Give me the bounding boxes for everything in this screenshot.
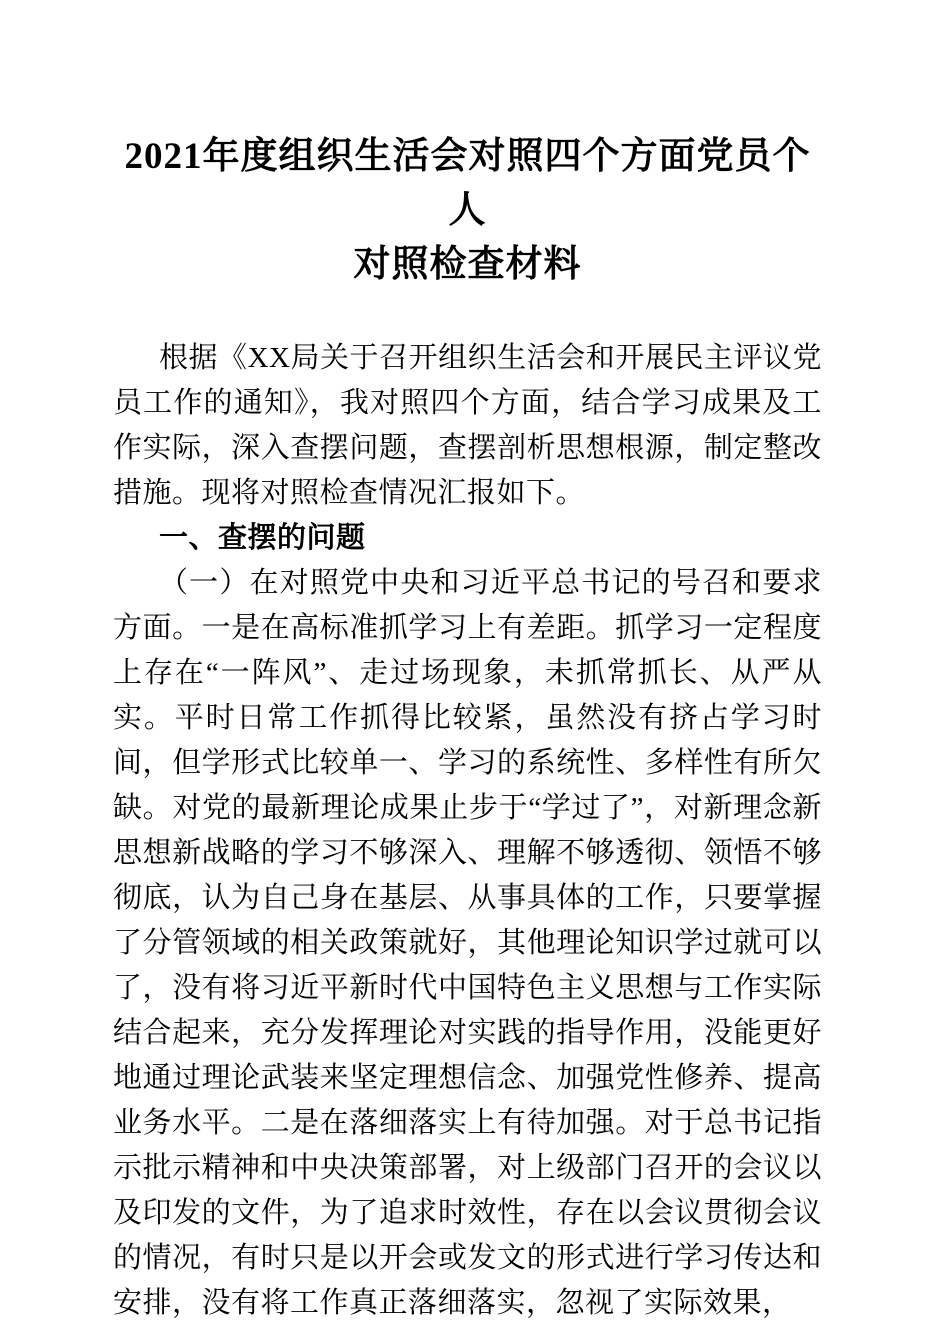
document-page: 2021年度组织生活会对照四个方面党员个人 对照检查材料 根据《XX局关于召开组…	[0, 0, 950, 1344]
document-title-line2: 对照检查材料	[113, 238, 822, 292]
intro-paragraph: 根据《XX局关于召开组织生活会和开展民主评议党员工作的通知》，我对照四个方面，结…	[113, 336, 822, 516]
section-1-paragraph: （一）在对照党中央和习近平总书记的号召和要求方面。一是在高标准抓学习上有差距。抓…	[113, 561, 822, 1326]
document-title: 2021年度组织生活会对照四个方面党员个人 对照检查材料	[113, 130, 822, 292]
document-title-line1: 2021年度组织生活会对照四个方面党员个人	[113, 130, 822, 238]
document-body: 根据《XX局关于召开组织生活会和开展民主评议党员工作的通知》，我对照四个方面，结…	[113, 336, 822, 1326]
section-1-heading: 一、查摆的问题	[113, 516, 822, 561]
